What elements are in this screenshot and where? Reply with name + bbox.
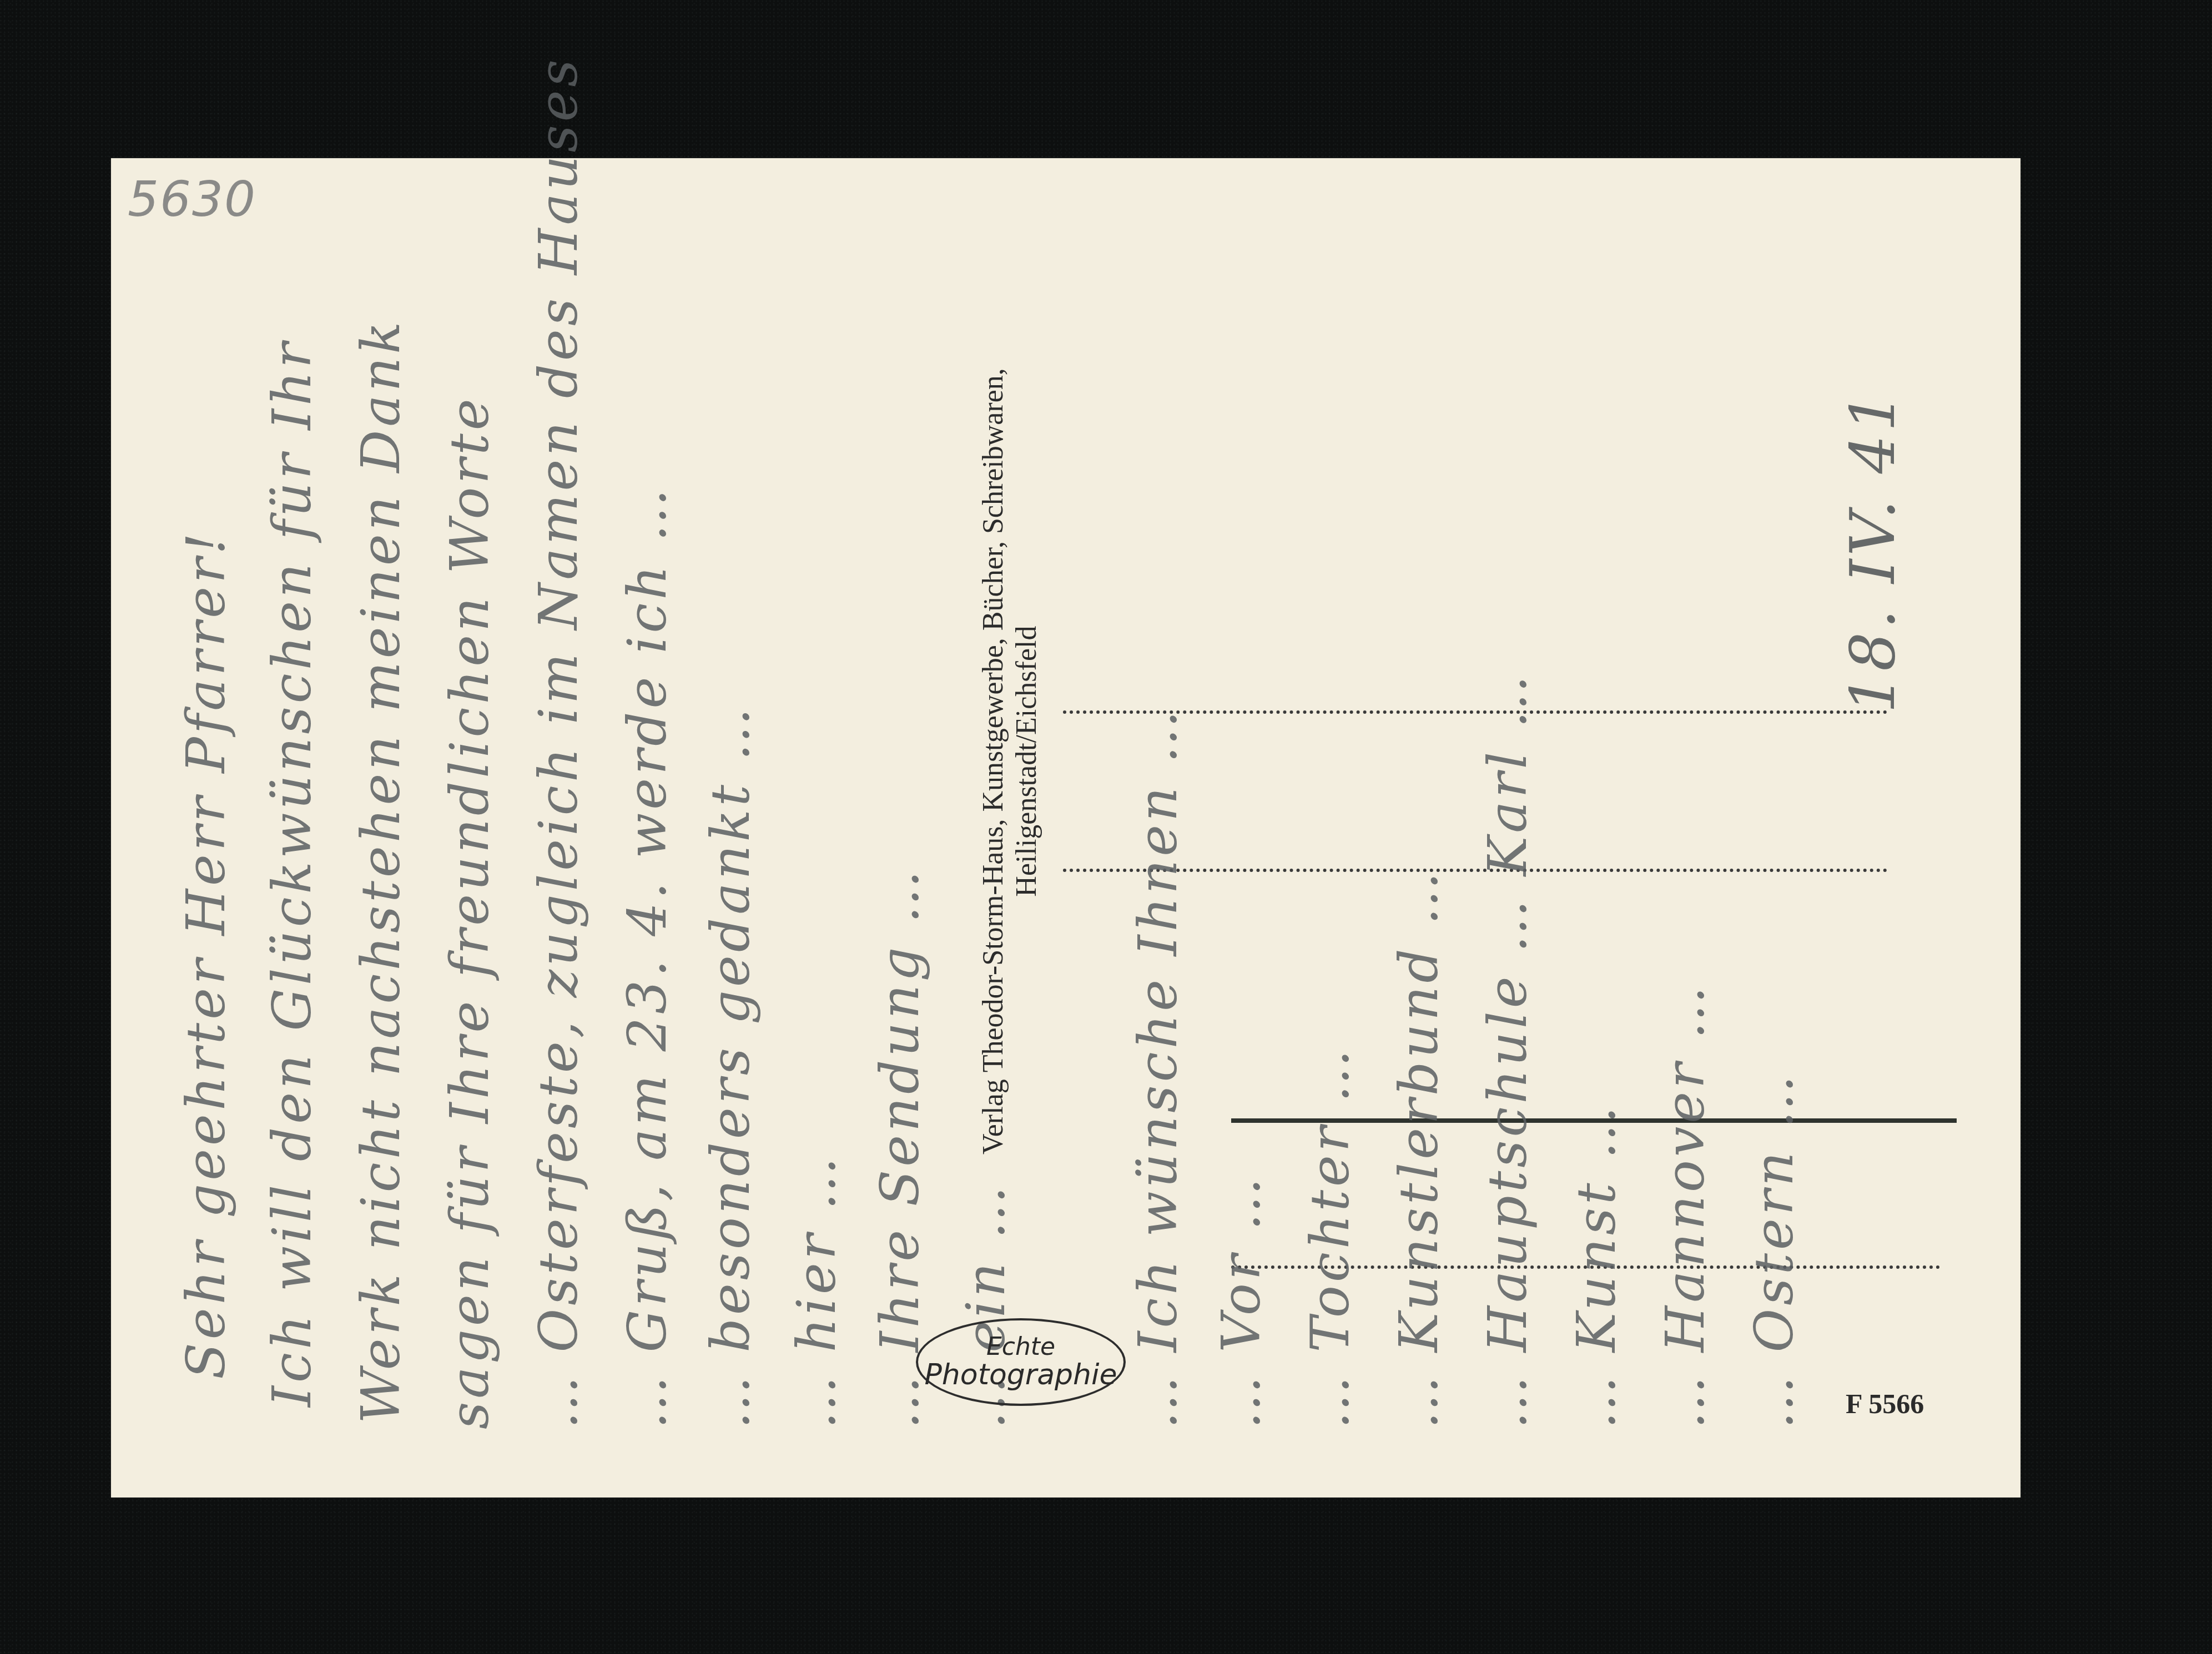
imprint-line-1: Verlag Theodor-Storm-Haus, Kunstgewerbe,…	[977, 368, 1010, 1154]
handwriting-line: Sehr geehrter Herr Pfarrer!	[175, 530, 237, 1379]
stamp-line-2: Photographie	[925, 1360, 1117, 1390]
handwriting-line: … Ostern …	[1743, 1072, 1805, 1429]
date-line: 18. IV. 41	[1837, 390, 1908, 713]
handwriting-line: … Kunstlerbund …	[1388, 869, 1450, 1429]
card-code: F 5566	[1846, 1388, 1924, 1420]
handwriting-line: … Tochter …	[1299, 1046, 1361, 1429]
handwriting-line: Werk nicht nachstehen meinen Dank	[350, 319, 412, 1424]
stamp-line-1: Echte	[986, 1334, 1055, 1360]
handwriting-line: … Hauptschule … Karl …	[1477, 672, 1539, 1429]
handwriting-line: … besonders gedankt …	[699, 704, 762, 1429]
handwriting-line: … Hannover …	[1654, 983, 1716, 1429]
handwriting-line: … Osterfeste, zugleich im Namen des Haus…	[527, 56, 589, 1429]
photo-stamp: Echte Photographie	[916, 1318, 1126, 1406]
handwriting-line: … Vor …	[1210, 1174, 1272, 1429]
publisher-imprint: Verlag Theodor-Storm-Haus, Kunstgewerbe,…	[977, 368, 1044, 1154]
handwriting-line: … Kunst …	[1565, 1103, 1627, 1429]
handwriting-line: … Ihre Sendung …	[869, 867, 931, 1429]
handwriting-area: Sehr geehrter Herr Pfarrer! Ich will den…	[111, 158, 2020, 1497]
handwriting-line: … hier …	[785, 1154, 848, 1429]
handwriting-line: Ich will den Glückwünschen für Ihr	[261, 339, 323, 1407]
imprint-line-2: Heiligenstadt/Eichsfeld	[1010, 368, 1044, 1154]
handwriting-line: sagen für Ihre freundlichen Worte	[439, 395, 501, 1429]
postcard: 5630 Sehr geehrter Herr Pfarrer! Ich wil…	[111, 158, 2020, 1497]
handwriting-line: … Ich wünsche Ihnen …	[1127, 707, 1189, 1429]
handwriting-line: … Gruß, am 23. 4. werde ich …	[616, 485, 678, 1429]
